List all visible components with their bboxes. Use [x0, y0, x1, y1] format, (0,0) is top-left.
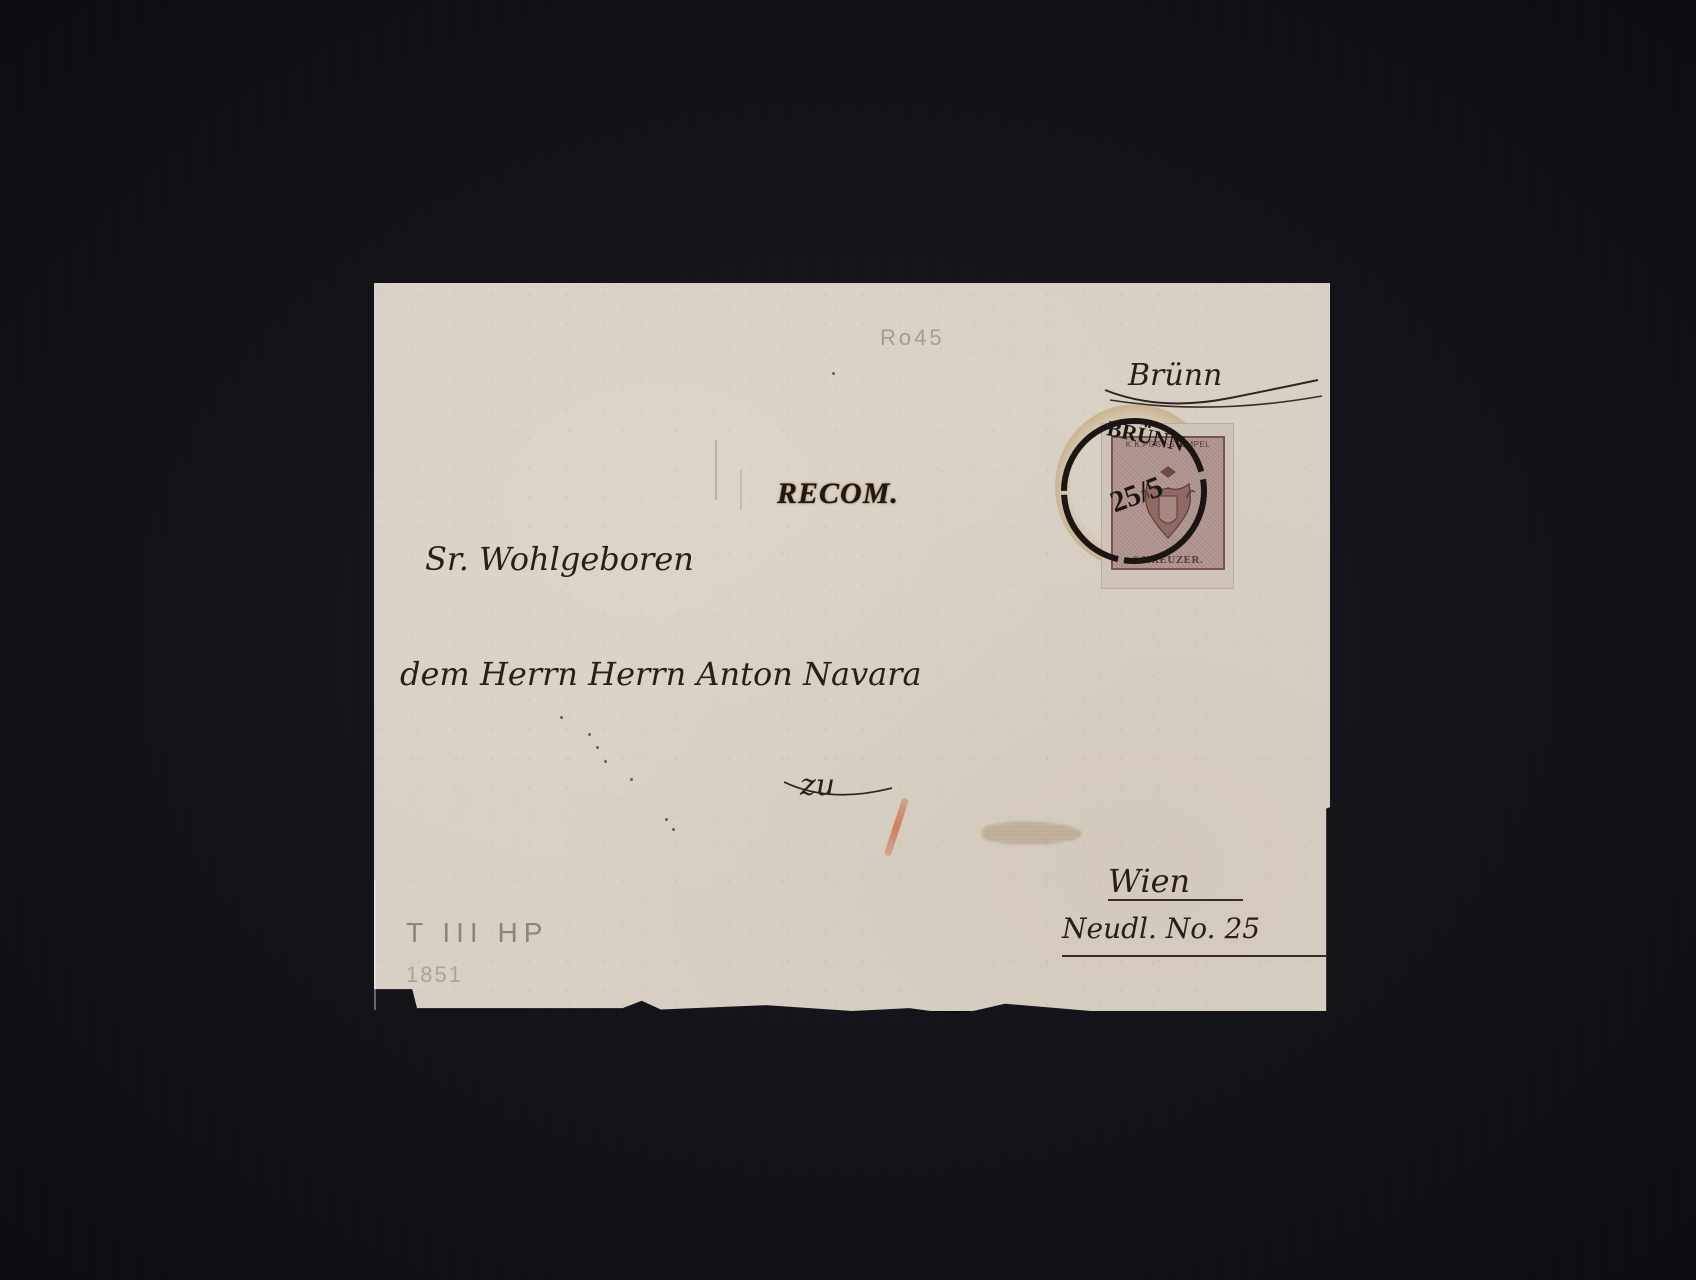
stamp-value-text: 6 KREUZER. [1115, 554, 1221, 566]
speck [588, 733, 591, 736]
ink-trace [740, 470, 742, 510]
pencil-year-note: 1851 [406, 962, 463, 988]
preposition-flourish [780, 770, 900, 810]
pencil-catalog-note: T III HP [406, 917, 548, 949]
street-line: Neudl. No. 25 [1062, 912, 1260, 945]
addressee-line: dem Herrn Herrn Anton Navara [400, 655, 922, 693]
speck [596, 746, 599, 749]
speck [665, 818, 668, 821]
registered-handstamp: RECOM. [777, 477, 899, 511]
ink-smudge [982, 822, 1082, 844]
salutation-line: Sr. Wohlgeboren [425, 540, 694, 578]
routing-flourish [1100, 360, 1330, 410]
photo-scene: Ro45 Brünn RECOM. K.K.POST-STEMPEL 6 KRE… [0, 0, 1696, 1280]
eagle-arms-icon [1139, 464, 1197, 544]
city-line: Wien [1108, 862, 1190, 900]
street-underline [1062, 955, 1326, 957]
speck [560, 716, 563, 719]
speck [832, 372, 835, 375]
stamp-top-text: K.K.POST-STEMPEL [1117, 440, 1219, 449]
speck [604, 760, 607, 763]
cover-fold-edge [374, 880, 376, 1010]
speck [630, 778, 633, 781]
city-underline [1108, 899, 1243, 901]
speck [672, 828, 675, 831]
postage-stamp: K.K.POST-STEMPEL 6 KREUZER. [1101, 423, 1234, 589]
pencil-note-top: Ro45 [880, 325, 945, 351]
ink-trace [715, 440, 717, 500]
